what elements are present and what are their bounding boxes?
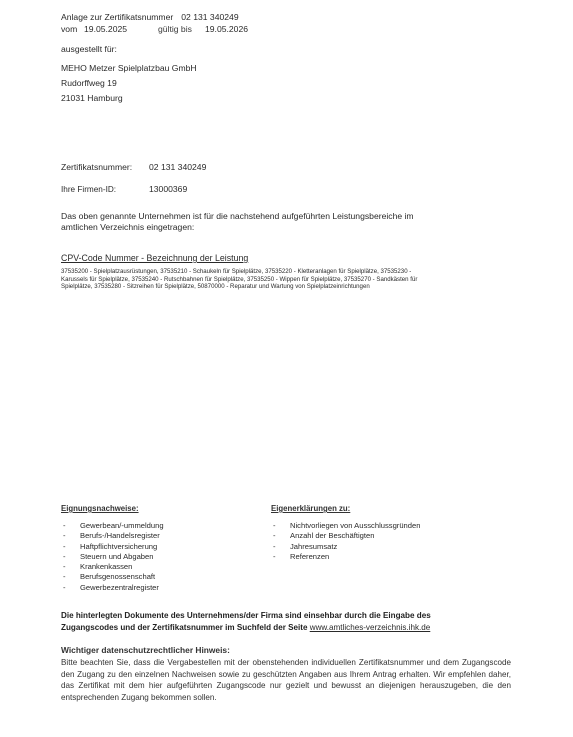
list-item: -Steuern und Abgaben bbox=[61, 552, 164, 562]
list-item: -Haftpflichtversicherung bbox=[61, 542, 164, 552]
firm-id-value: 13000369 bbox=[149, 184, 187, 195]
cert-number-label: Zertifikatsnummer: bbox=[61, 162, 132, 173]
list-item: -Krankenkassen bbox=[61, 562, 164, 572]
recipient-street: Rudorffweg 19 bbox=[61, 78, 117, 89]
intro-line-2: amtlichen Verzeichnis eingetragen: bbox=[61, 222, 194, 233]
anlage-value: 02 131 340249 bbox=[181, 12, 238, 22]
cpv-line-2: Karussels für Spielplätze, 37535240 - Ru… bbox=[61, 276, 417, 283]
eigen-heading: Eigenerklärungen zu: bbox=[271, 504, 350, 513]
access-line-2-text: Zugangscodes und der Zertifikatsnummer i… bbox=[61, 623, 307, 632]
access-line-2: Zugangscodes und der Zertifikatsnummer i… bbox=[61, 622, 430, 633]
list-item: -Referenzen bbox=[271, 552, 420, 562]
access-line-1: Die hinterlegten Dokumente des Unternehm… bbox=[61, 610, 431, 621]
list-item: -Berufsgenossenschaft bbox=[61, 572, 164, 582]
cpv-line-3: Spielplätze, 37535280 - Sitzreihen für S… bbox=[61, 283, 370, 290]
gueltig-label: gültig bis bbox=[158, 24, 192, 35]
eigen-list: -Nichtvorliegen von Ausschlussgründen -A… bbox=[271, 521, 420, 562]
recipient-city: 21031 Hamburg bbox=[61, 93, 123, 104]
list-item: -Jahresumsatz bbox=[271, 542, 420, 552]
recipient-label: ausgestellt für: bbox=[61, 44, 117, 55]
vom-value: 19.05.2025 bbox=[84, 24, 127, 34]
vom-label: vom bbox=[61, 24, 77, 34]
privacy-text: Bitte beachten Sie, dass die Vergabestel… bbox=[61, 657, 511, 703]
anlage-label: Anlage zur Zertifikatsnummer bbox=[61, 12, 173, 22]
recipient-company: MEHO Metzer Spielplatzbau GmbH bbox=[61, 63, 197, 74]
registry-link[interactable]: www.amtliches-verzeichnis.ihk.de bbox=[310, 623, 431, 632]
cert-number-value: 02 131 340249 bbox=[149, 162, 206, 173]
eignung-list: -Gewerbean/-ummeldung -Berufs-/Handelsre… bbox=[61, 521, 164, 593]
list-item: -Berufs-/Handelsregister bbox=[61, 531, 164, 541]
list-item: -Anzahl der Beschäftigten bbox=[271, 531, 420, 541]
list-item: -Gewerbean/-ummeldung bbox=[61, 521, 164, 531]
certificate-header: Anlage zur Zertifikatsnummer02 131 34024… bbox=[61, 12, 239, 23]
eignung-heading: Eignungsnachweise: bbox=[61, 504, 139, 513]
validity-line: vom 19.05.2025 gültig bis 19.05.2026 bbox=[61, 24, 127, 35]
intro-line-1: Das oben genannte Unternehmen ist für di… bbox=[61, 211, 414, 222]
list-item: -Nichtvorliegen von Ausschlussgründen bbox=[271, 521, 420, 531]
cpv-line-1: 37535200 - Spielplatzausrüstungen, 37535… bbox=[61, 268, 411, 275]
cpv-heading: CPV-Code Nummer - Bezeichnung der Leistu… bbox=[61, 253, 248, 264]
firm-id-label: Ihre Firmen-ID: bbox=[61, 184, 116, 195]
privacy-heading: Wichtiger datenschutzrechtlicher Hinweis… bbox=[61, 645, 230, 656]
list-item: -Gewerbezentralregister bbox=[61, 583, 164, 593]
gueltig-value: 19.05.2026 bbox=[205, 24, 248, 35]
